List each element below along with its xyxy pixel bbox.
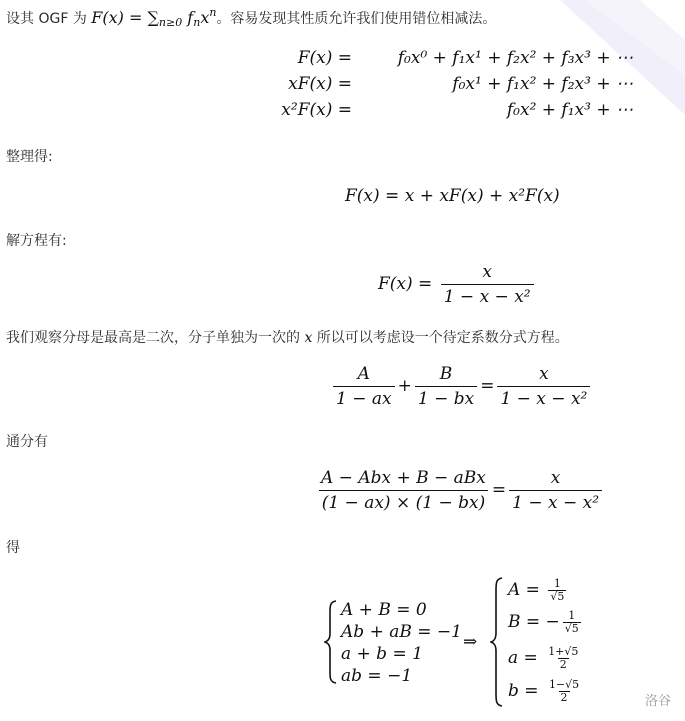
term-a-fraction: A 1 − ax bbox=[333, 364, 395, 409]
aligned-rhs-2: f₀x¹ + f₁x² + f₂x³ + ⋯ bbox=[452, 74, 633, 94]
rhs-fraction-2: x 1 − x − x² bbox=[509, 468, 602, 513]
ogf-definition: F(x) = ∑n≥0 fnxn bbox=[91, 8, 216, 27]
term-b-fraction: B 1 − bx bbox=[415, 364, 477, 409]
system-eq-2: Ab + aB = −1 bbox=[341, 621, 462, 643]
luogu-watermark: 洛谷 bbox=[645, 690, 671, 709]
system-eq-1: A + B = 0 bbox=[341, 599, 427, 621]
common-denominator-label: 通分有 bbox=[6, 432, 48, 452]
intro-paragraph: 设其 OGF 为 F(x) = ∑n≥0 fnxn。容易发现其性质允许我们使用错… bbox=[6, 8, 496, 29]
solution-B: B = −1√5 bbox=[508, 610, 584, 635]
organize-label: 整理得: bbox=[6, 147, 53, 167]
partial-fraction-equation: A 1 − ax + B 1 − bx = x 1 − x − x² bbox=[330, 364, 593, 409]
observe-paragraph: 我们观察分母是最高是二次，分子单独为一次的 x 所以可以考虑设一个待定系数分式方… bbox=[6, 328, 569, 348]
system-eq-3: a + b = 1 bbox=[341, 643, 423, 665]
right-brace-icon bbox=[490, 577, 504, 707]
system-eq-4: ab = −1 bbox=[341, 665, 412, 687]
intro-suffix: 。容易发现其性质允许我们使用错位相减法。 bbox=[216, 11, 496, 27]
left-brace-icon bbox=[324, 600, 338, 684]
aligned-lhs-2: xF(x) = bbox=[288, 74, 352, 94]
obtain-label: 得 bbox=[6, 538, 20, 558]
intro-prefix: 设其 OGF 为 bbox=[6, 11, 91, 27]
solution-a: a = 1+√52 bbox=[508, 646, 583, 671]
aligned-rhs-3: f₀x² + f₁x³ + ⋯ bbox=[507, 100, 633, 120]
solution-b: b = 1−√52 bbox=[508, 679, 584, 704]
recurrence-equation: F(x) = x + xF(x) + x²F(x) bbox=[345, 186, 560, 206]
solve-label: 解方程有: bbox=[6, 231, 67, 251]
implies-arrow-icon: ⇒ bbox=[463, 631, 477, 653]
aligned-lhs-3: x²F(x) = bbox=[281, 100, 352, 120]
solution-fraction: x 1 − x − x² bbox=[441, 262, 534, 307]
aligned-rhs-1: f₀x⁰ + f₁x¹ + f₂x² + f₃x³ + ⋯ bbox=[398, 48, 633, 68]
aligned-lhs-1: F(x) = bbox=[298, 48, 352, 68]
solution-equation: F(x) = x 1 − x − x² bbox=[378, 262, 537, 307]
combined-fraction: A − Abx + B − aBx (1 − ax) × (1 − bx) bbox=[318, 468, 489, 513]
common-denominator-equation: A − Abx + B − aBx (1 − ax) × (1 − bx) = … bbox=[315, 468, 605, 513]
solution-A: A = 1√5 bbox=[508, 578, 569, 603]
rhs-fraction: x 1 − x − x² bbox=[497, 364, 590, 409]
